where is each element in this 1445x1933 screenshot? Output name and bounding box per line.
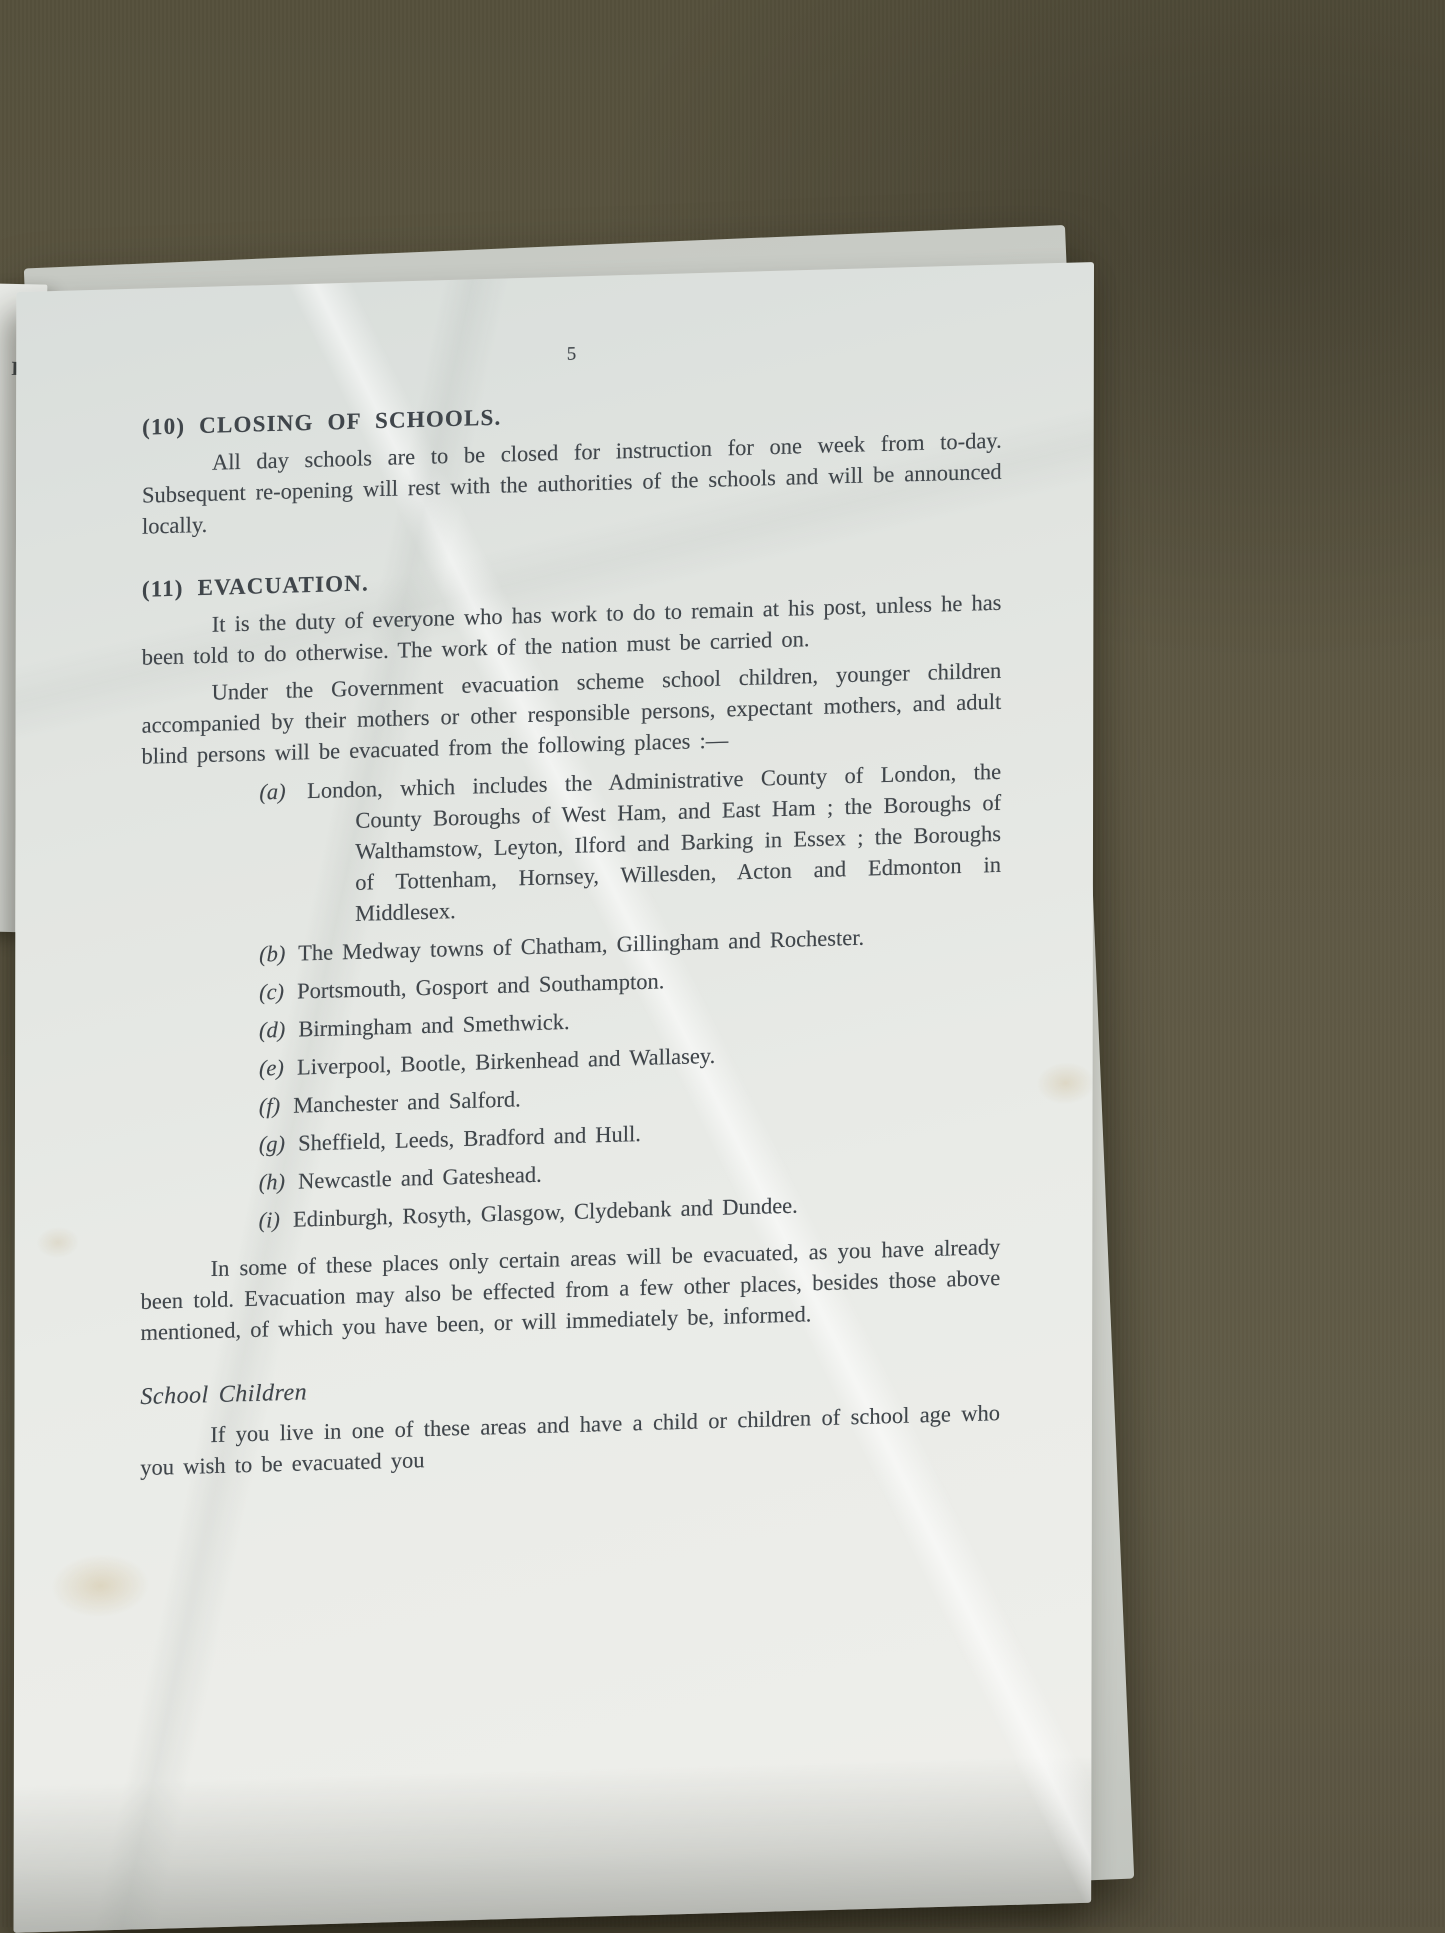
evacuation-closing-paragraph: In some of these places only certain are… xyxy=(141,1231,1001,1348)
list-item-text: Liverpool, Bootle, Birkenhead and Wallas… xyxy=(297,1043,715,1080)
document-page: 5 (10) CLOSING OF SCHOOLS. All day schoo… xyxy=(14,262,1094,1927)
evacuation-paragraph-2: Under the Government evacuation scheme s… xyxy=(142,655,1002,772)
list-item-text: The Medway towns of Chatham, Gillingham … xyxy=(298,925,864,966)
list-item-label: (a) xyxy=(259,779,285,805)
list-item-text: Manchester and Salford. xyxy=(293,1086,521,1117)
section-10-body: All day schools are to be closed for ins… xyxy=(142,425,1002,542)
list-item-text: London, which includes the Administrativ… xyxy=(307,759,1001,926)
list-item: (a) London, which includes the Administr… xyxy=(141,756,1001,935)
list-item-text: Sheffield, Leeds, Bradford and Hull. xyxy=(298,1121,641,1156)
list-item-label: (d) xyxy=(259,1017,285,1043)
school-children-paragraph: If you live in one of these areas and ha… xyxy=(140,1397,1000,1483)
list-item-label: (e) xyxy=(259,1055,284,1081)
list-item-text: Newcastle and Gateshead. xyxy=(298,1162,542,1194)
list-item-label: (g) xyxy=(259,1131,285,1157)
list-item-label: (f) xyxy=(259,1093,280,1119)
list-item-text: Birmingham and Smethwick. xyxy=(298,1009,569,1042)
list-item-label: (c) xyxy=(259,979,284,1005)
list-item-label: (i) xyxy=(259,1207,280,1233)
evacuation-list: (a) London, which includes the Administr… xyxy=(141,756,1001,1239)
page-number: 5 xyxy=(142,327,1002,382)
page-content: 5 (10) CLOSING OF SCHOOLS. All day schoo… xyxy=(14,262,1094,1487)
list-item-text: Edinburgh, Rosyth, Glasgow, Clydebank an… xyxy=(293,1193,798,1232)
list-item-text: Portsmouth, Gosport and Southampton. xyxy=(297,968,664,1003)
list-item-label: (b) xyxy=(259,941,285,967)
list-item-label: (h) xyxy=(259,1169,285,1195)
